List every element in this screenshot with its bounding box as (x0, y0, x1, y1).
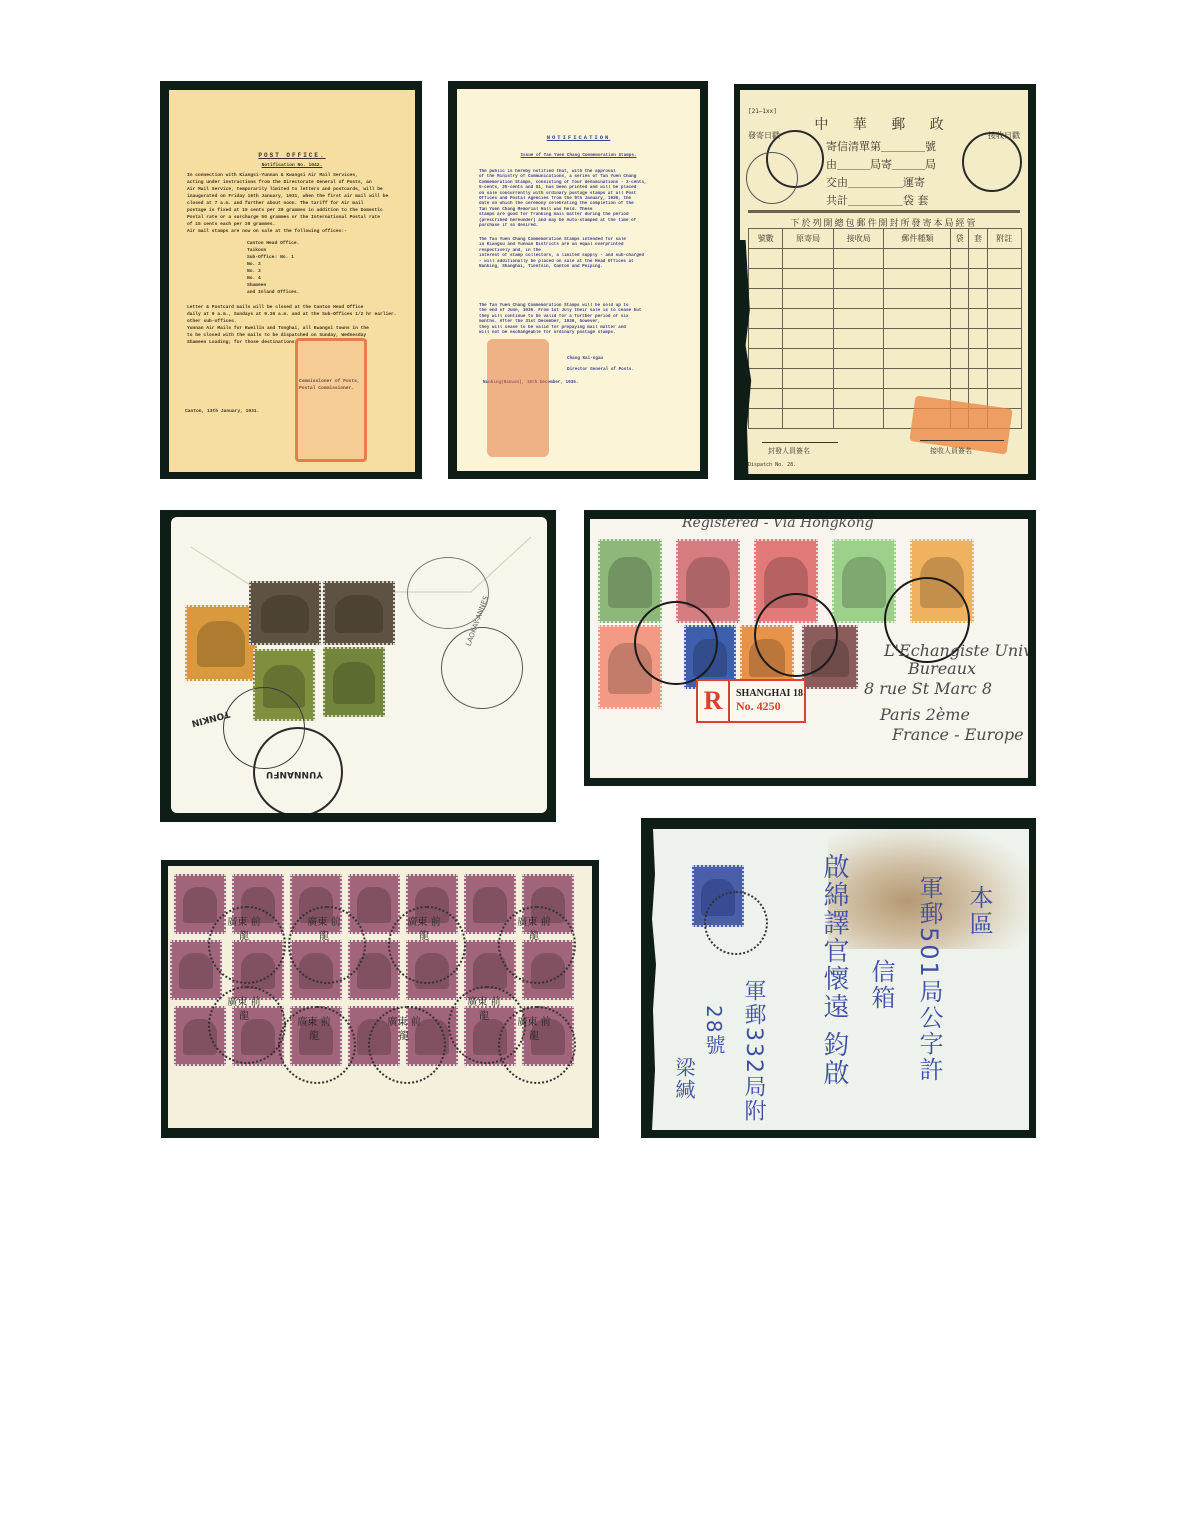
text-line: 寄信清單第＿＿＿＿號 (826, 138, 936, 156)
cover-back-kwangtung-block[interactable]: 廣東 前 龍廣東 前 龍廣東 前 龍廣東 前 龍廣東 前 龍廣東 前 龍廣東 前… (168, 866, 592, 1128)
postmark-shanghai (634, 601, 718, 685)
cover-back-yunnan[interactable]: YUNNANFU TONKIN LAOKAY-ANNES (171, 517, 547, 813)
postmark-shanghai (754, 593, 838, 677)
table-row (749, 309, 1022, 329)
address-line: 8 rue St Marc 8 (864, 679, 992, 698)
notice-body-3: The Tan Yuen Chang Commemoration Stamps … (479, 303, 690, 335)
text-line: Chang Kai-ngau (567, 353, 634, 364)
text-line: and Inland Offices. (247, 289, 299, 296)
text-line: Nanking, Shanghai, Tientsin, Canton and … (479, 264, 690, 269)
postmark-text: YUNNANFU (266, 769, 323, 779)
form-fields: 寄信清單第＿＿＿＿號由＿＿＿局寄＿＿＿局交由＿＿＿＿＿運寄共計＿＿＿＿＿袋 套 (826, 138, 936, 210)
notice-title: POST OFFICE. (169, 152, 415, 159)
text-line: No. 4 (247, 275, 299, 282)
handwritten-column: 軍郵501局公字許 (912, 875, 947, 1083)
text-line: Director General of Posts. (567, 364, 634, 375)
stamp-reaper-6c (249, 581, 321, 645)
text-line: other sub-offices. (187, 318, 405, 325)
handwritten-annotation: Registered - Via Hongkong (682, 519, 874, 531)
text-line: No. 2 (247, 261, 299, 268)
column-header: 袋 (951, 229, 969, 249)
registration-letter: R (698, 681, 730, 721)
red-seal-chop (295, 338, 367, 462)
column-header: 附註 (987, 229, 1021, 249)
text-line: closed at 7 a.m. and further about noon.… (187, 200, 405, 207)
text-line: daily at 9 a.m., Sundays at 9.30 a.m. an… (187, 311, 405, 318)
handwritten-column: 軍郵332局附 (738, 979, 769, 1123)
form-header: 中 華 郵 政 (740, 114, 1028, 134)
stamp-junk-10c (185, 605, 257, 681)
notice-signature: Chang Kai-ngauDirector General of Posts. (567, 353, 634, 375)
registration-number: No. 4250 (736, 699, 804, 714)
text-line: purchase if so desired. (479, 223, 690, 228)
handwritten-column: 信箱 (864, 959, 899, 1011)
text-line: acting under instructions from the Direc… (187, 179, 405, 186)
handwritten-column: 啟綿譯官懷遠 鈞啟 (816, 853, 853, 1087)
postmark-text: 廣東 前 龍 (382, 1016, 426, 1044)
postmark-text: 廣東 前 龍 (512, 916, 556, 944)
form-footer-note: Dispatch No. 28. (748, 462, 796, 468)
notice-body: The public is hereby notified that, with… (479, 169, 690, 228)
handwritten-column: 梁緘 (670, 1057, 699, 1101)
postmark-text: 廣東 前 龍 (222, 996, 266, 1024)
text-line: inaugurated on Friday 16th January, 1931… (187, 193, 405, 200)
receiver-signature-label: 接收人員簽名 (930, 446, 972, 456)
handwritten-column: 28號 (700, 1005, 729, 1056)
column-header: 號數 (749, 229, 783, 249)
dispatch-table: 號數原寄局接收局郵件種類袋套附註 (748, 228, 1022, 429)
handwritten-column: 本區 (962, 885, 997, 937)
text-line: of 15 cents each per 20 grammes. (187, 221, 405, 228)
text-line: 交由＿＿＿＿＿運寄 (826, 174, 936, 192)
column-header: 郵件種類 (884, 229, 951, 249)
cover-military-post[interactable]: 本區軍郵501局公字許信箱啟綿譯官懷遠 鈞啟 軍郵332局附28號梁緘 (648, 829, 1029, 1130)
torn-edge (648, 829, 658, 1130)
text-line: Taikoon (247, 247, 299, 254)
text-line: Air mail stamps are now on sale at the f… (187, 228, 405, 235)
notice-body: In connection with Kiangsi-Yunnan & Kwan… (187, 172, 405, 235)
notice-body-2: The Tan Yuen Chang Commemoration Stamps … (479, 237, 690, 269)
cover-registered-shanghai-paris[interactable]: Registered - Via Hongkong R SHANGHAI 18 … (590, 519, 1028, 778)
text-line: Postal rate or a surcharge 50 grammes or… (187, 214, 405, 221)
registration-office: SHANGHAI 18 (736, 688, 804, 699)
notice-title: NOTIFICATION (457, 135, 700, 140)
text-line: 由＿＿＿局寄＿＿＿局 (826, 156, 936, 174)
receipt-postmark (962, 132, 1022, 192)
column-header: 套 (969, 229, 987, 249)
dispatch-postmark-ghost (746, 152, 798, 204)
text-line: No. 3 (247, 268, 299, 275)
table-row (749, 269, 1022, 289)
column-header: 原寄局 (783, 229, 834, 249)
sender-signature-label: 封發人員簽名 (768, 446, 810, 456)
red-seal-chop (487, 339, 549, 457)
postmark (441, 627, 523, 709)
text-line: Letter & Postcard mails will be closed a… (187, 304, 405, 311)
postal-dispatch-form[interactable]: [21—1xx] 中 華 郵 政 發寄日戳 接收日戳 寄信清單第＿＿＿＿號由＿＿… (740, 90, 1028, 474)
text-line: Canton Head Office. (247, 240, 299, 247)
stamp-junk-1c (323, 647, 385, 717)
notice-date: Canton, 13th January, 1931. (185, 408, 259, 415)
text-line: In connection with Kiangsi-Yunnan & Kwan… (187, 172, 405, 179)
address-line: France - Europe (892, 725, 1024, 744)
commemoration-notice[interactable]: NOTIFICATION Issue of Tan Yuen Chang Com… (457, 89, 700, 471)
text-line: Air Mail Service, temporarily limited to… (187, 186, 405, 193)
registration-label: R SHANGHAI 18 No. 4250 (696, 679, 806, 723)
table-row (749, 249, 1022, 269)
table-row (749, 329, 1022, 349)
address-line: Paris 2ème (880, 705, 970, 724)
postmark-text: 廣東 前 龍 (222, 916, 266, 944)
postmark-text: 廣東 前 龍 (302, 916, 346, 944)
text-line: 共計＿＿＿＿＿袋 套 (826, 192, 936, 210)
post-office-notice[interactable]: POST OFFICE. Notification No. 1042. In c… (169, 90, 415, 472)
text-line: Yunnan Air Mails for Kweilin and Tonghai… (187, 325, 405, 332)
address-line: L'Echangiste Universel (884, 641, 1028, 660)
address-line: Bureaux (908, 659, 976, 678)
table-row (749, 349, 1022, 369)
stamp-reaper-6c (323, 581, 395, 645)
notice-office-list: Canton Head Office.TaikoonSub-Office: No… (247, 240, 299, 296)
postmark-text: 廣東 前 龍 (292, 1016, 336, 1044)
table-row (749, 369, 1022, 389)
table-row (749, 289, 1022, 309)
postmark (704, 891, 768, 955)
text-line: Sub-Office: No. 1 (247, 254, 299, 261)
notice-subtitle: Notification No. 1042. (169, 162, 415, 169)
postmark-text: 廣東 前 龍 (402, 916, 446, 944)
text-line: postage is fixed at 15 cents per 20 gram… (187, 207, 405, 214)
column-header: 接收局 (833, 229, 884, 249)
postmark-text: 廣東 前 龍 (462, 996, 506, 1024)
text-line: Shameen (247, 282, 299, 289)
postmark-text: 廣東 前 龍 (512, 1016, 556, 1044)
notice-subtitle: Issue of Tan Yuen Chang Commemoration St… (457, 153, 700, 158)
text-line: will not be exchangeable for ordinary po… (479, 330, 690, 335)
